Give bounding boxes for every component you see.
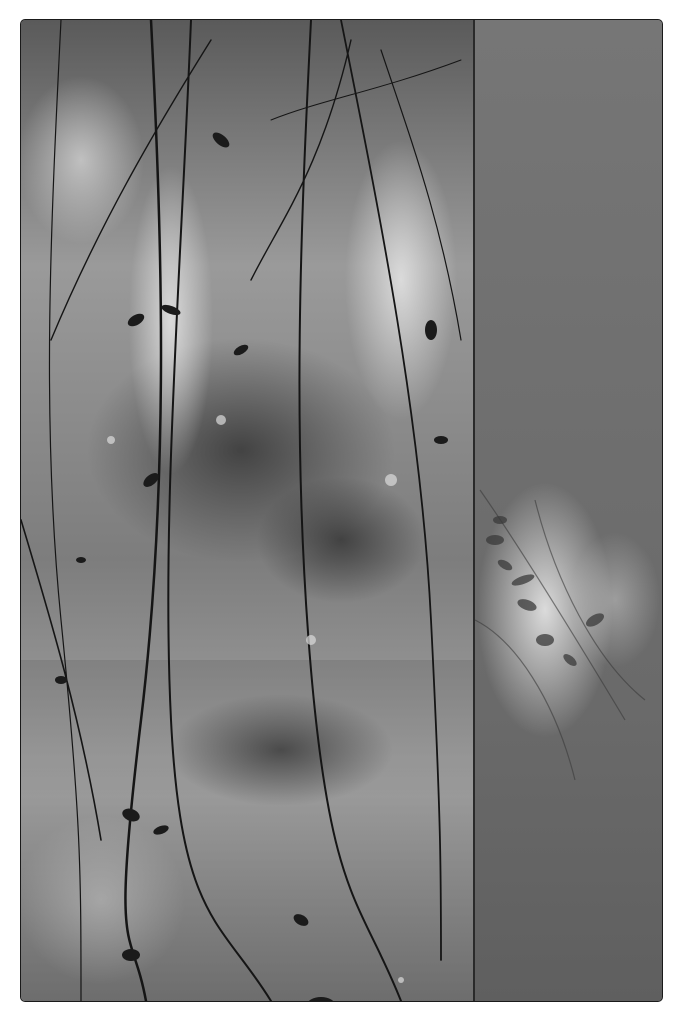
photograph	[21, 20, 662, 1001]
hanging-vines	[21, 20, 662, 1001]
